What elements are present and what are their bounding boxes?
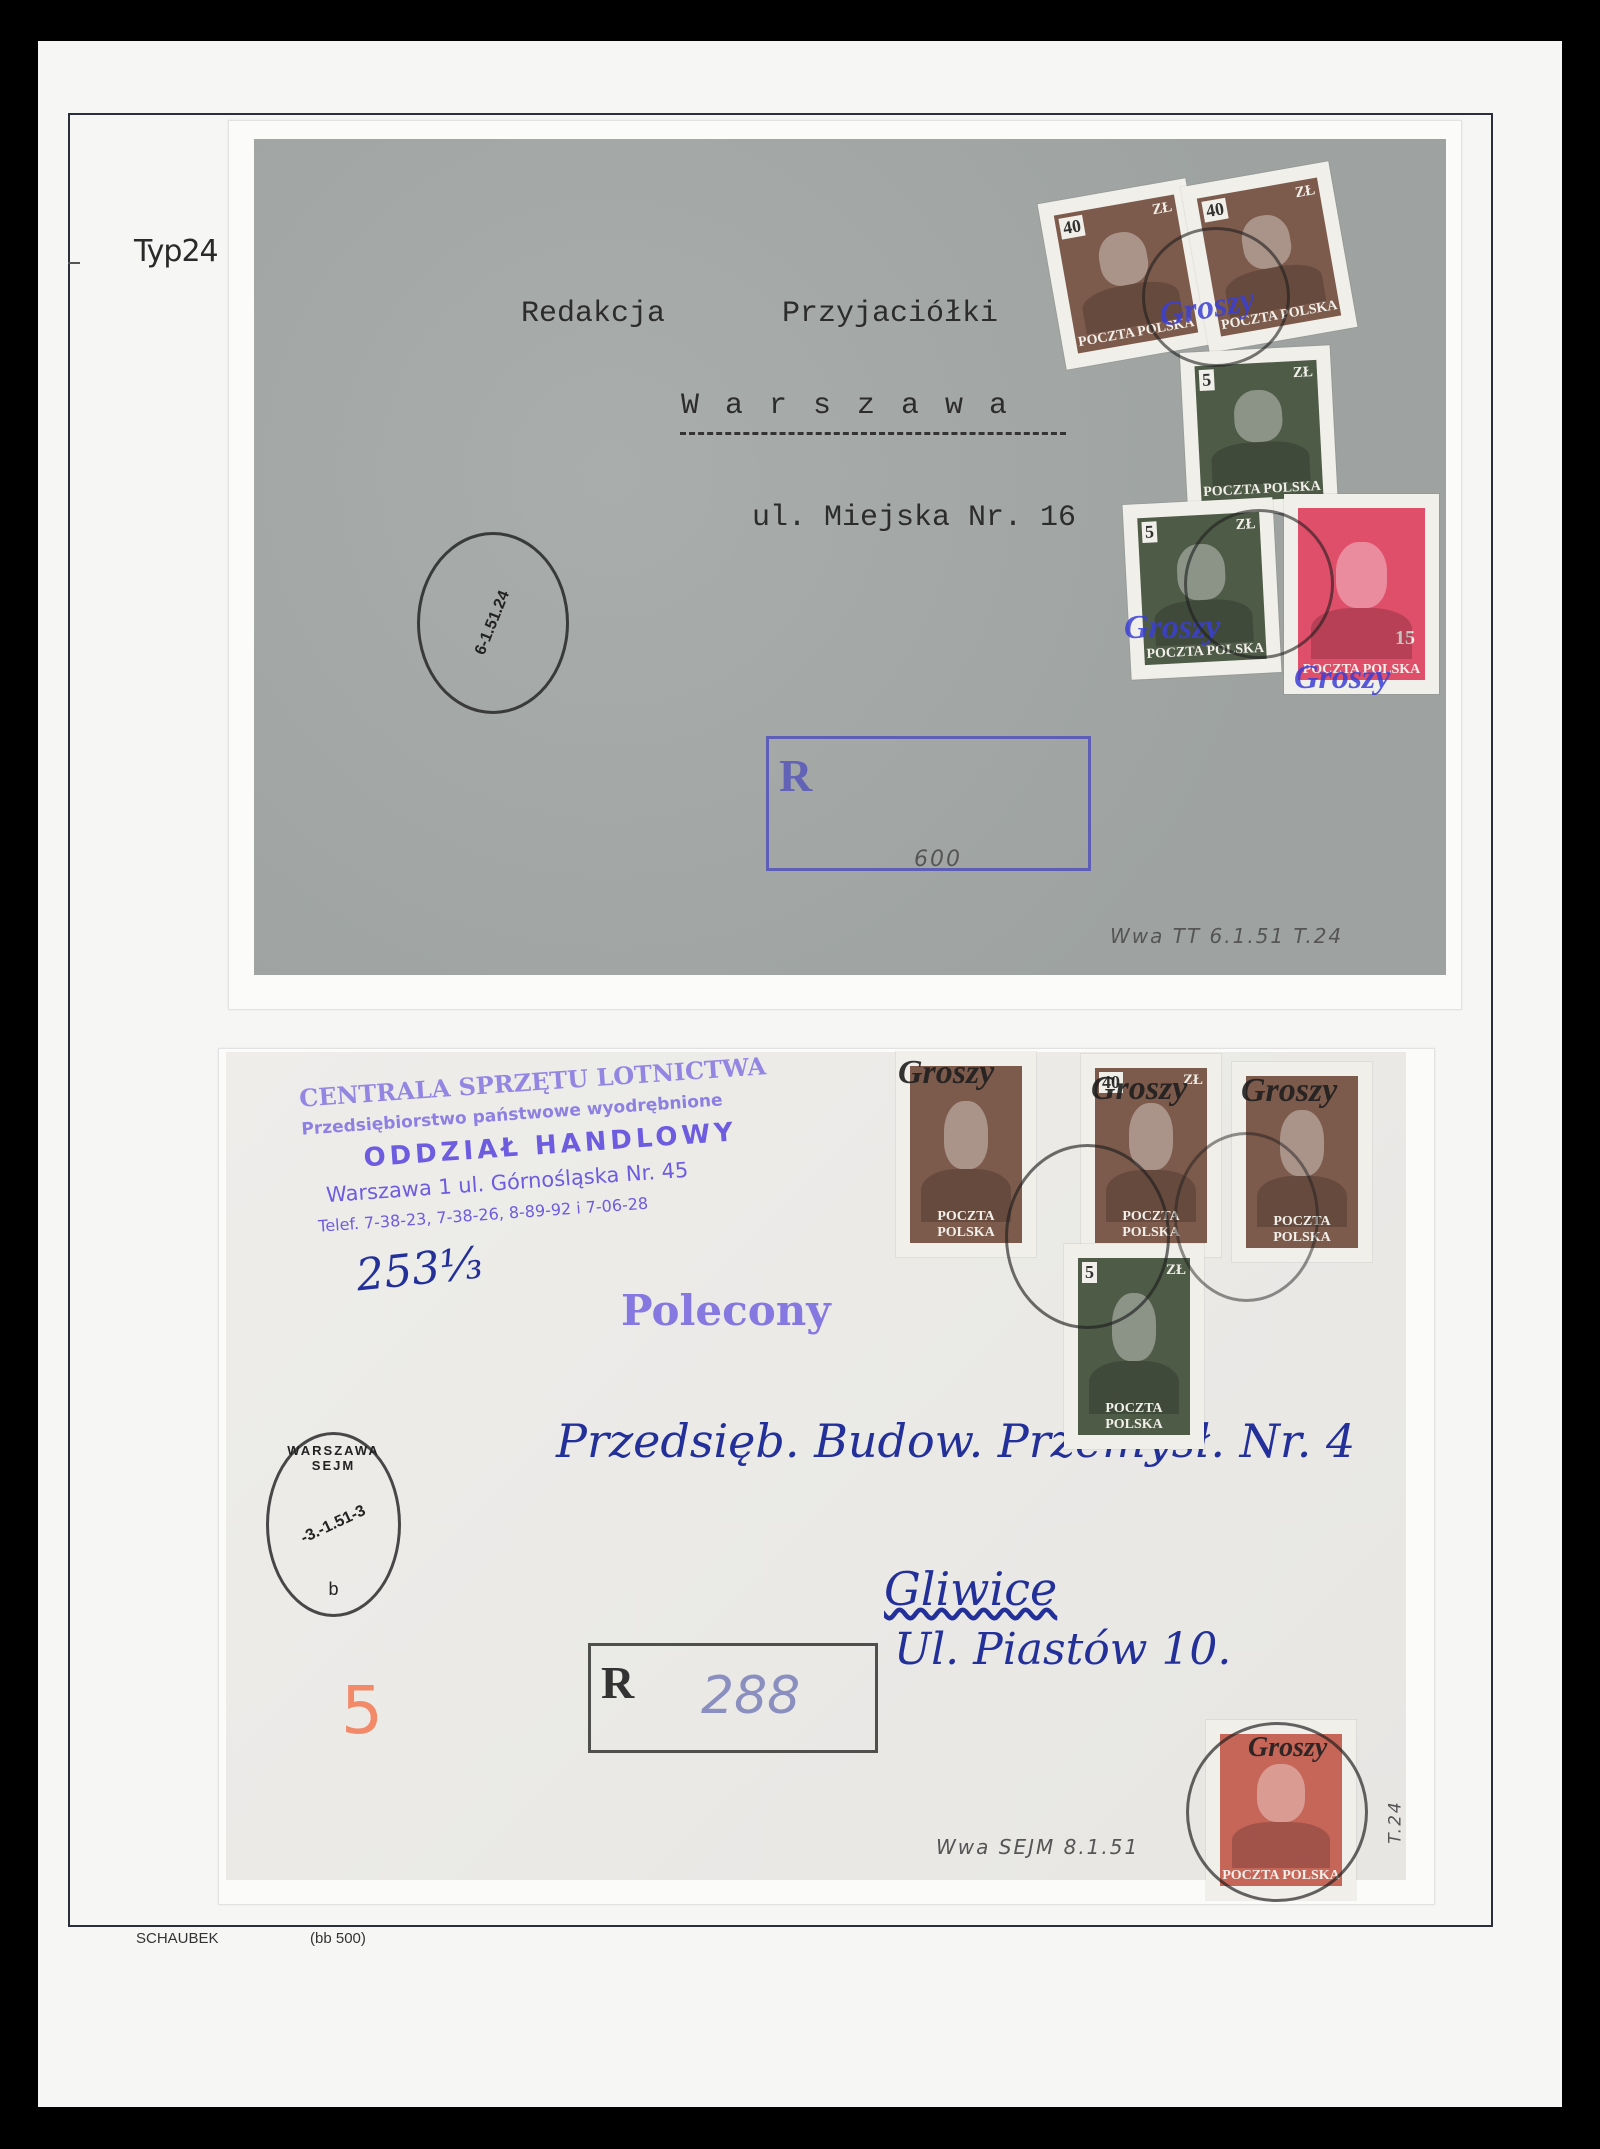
pencil-amount: 600 [914, 847, 962, 872]
footer-code: (bb 500) [310, 1930, 366, 1947]
address-city: Gliwice [884, 1562, 1057, 1616]
side-note: T.24 [1386, 1800, 1406, 1843]
red-crayon-mark: 5 [341, 1672, 383, 1749]
overprint: Groszy [1294, 659, 1390, 697]
cover-2[interactable]: CENTRALA SPRZĘTU LOTNICTWA Przedsiębiors… [226, 1052, 1406, 1880]
overprint: Groszy [898, 1054, 994, 1092]
city-underline [680, 432, 1066, 435]
postmark [1142, 227, 1290, 367]
postmark [1005, 1144, 1170, 1329]
footer-publisher: SCHAUBEK [136, 1930, 219, 1947]
pencil-note: Wwa SEJM 8.1.51 [936, 1835, 1139, 1859]
registration-label: R 288 [588, 1643, 878, 1753]
registered-mark: Polecony [621, 1286, 831, 1335]
postmark-warszawa-sejm: WARSZAWA SEJM -3.-1.51-3 b [266, 1432, 401, 1617]
postmark [1184, 509, 1334, 659]
overprint: Groszy [1241, 1072, 1337, 1110]
postmark [1186, 1722, 1368, 1902]
type-label: Typ24 [134, 234, 218, 269]
postmark [1174, 1132, 1319, 1302]
pencil-note: Wwa TT 6.1.51 T.24 [1110, 924, 1343, 948]
address-street: ul. Miejska Nr. 16 [752, 501, 1076, 535]
address-city: W a r s z a w a [681, 389, 1011, 423]
cover-1[interactable]: Redakcja Przyjaciółki W a r s z a w a ul… [254, 139, 1446, 975]
postmark-date: 6-1.51.24 [417, 532, 569, 714]
address-line-1: Przedsięb. Budow. Przemysł. Nr. 4 [556, 1414, 1355, 1468]
overprint: Groszy [1091, 1070, 1187, 1108]
reference-number: 253⅓ [354, 1238, 485, 1302]
address-line-1b: Przyjaciółki [782, 297, 998, 331]
address-line-1a: Redakcja [521, 297, 665, 331]
margin-tick [68, 262, 80, 264]
registration-number: 288 [701, 1666, 800, 1726]
stamp: 5ZŁPOCZTA POLSKA [1180, 345, 1338, 518]
address-street: Ul. Piastów 10. [894, 1624, 1231, 1675]
